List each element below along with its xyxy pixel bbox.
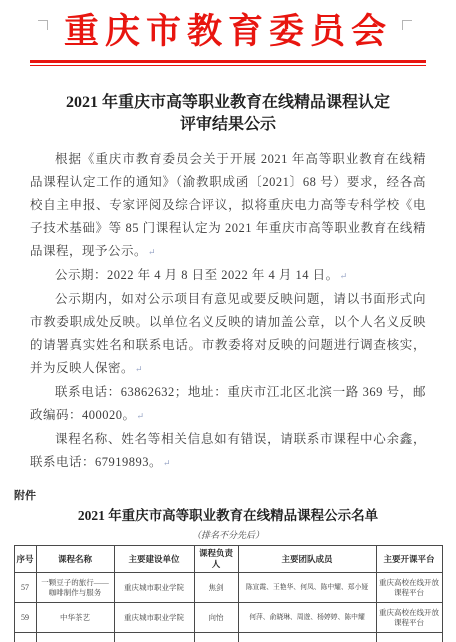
document-title: 2021 年重庆市高等职业教育在线精品课程认定 评审结果公示 xyxy=(40,92,416,136)
body-paragraph-text: 公示期：2022 年 4 月 8 日至 2022 年 4 月 14 日。 xyxy=(55,268,339,282)
table-cell-platform: 重庆高校在线开放课程平台 xyxy=(376,603,442,633)
table-header-row: 序号课程名称主要建设单位课程负责人主要团队成员主要开课平台 xyxy=(14,546,442,573)
body-paragraph: 课程名称、姓名等相关信息如有错误，请联系市课程中心余鑫，联系电话：6791989… xyxy=(30,428,426,475)
text-boundary-mark-right xyxy=(402,20,412,30)
red-divider-thin-line xyxy=(30,65,426,66)
table-header-cell: 课程名称 xyxy=(36,546,114,573)
table-row: 59中华茶艺重庆城市职业学院向怡何萍、俞晓琳、周遊、杨婷婷、陈中耀重庆高校在线开… xyxy=(14,603,442,633)
table-cell-seq: 59 xyxy=(14,603,36,633)
body-paragraph-text: 公示期内，如对公示项目有意见或要反映问题，请以书面形式向市教委职成处反映。以单位… xyxy=(30,292,426,375)
document-title-line2: 评审结果公示 xyxy=(180,116,276,133)
table-header-cell: 主要团队成员 xyxy=(238,546,376,573)
table-cell-seq: 57 xyxy=(14,573,36,603)
table-cell-platform: 重庆高校在线开放课程平台 xyxy=(376,573,442,603)
table-header-cell: 主要开课平台 xyxy=(376,546,442,573)
org-header-title: 重庆市教育委员会 xyxy=(20,8,436,56)
paragraph-mark-icon: ↵ xyxy=(340,271,348,281)
table-cell-leader: 向怡 xyxy=(194,603,238,633)
body-paragraph: 联系电话：63862632；地址：重庆市江北区北滨一路 369 号，邮政编码：4… xyxy=(30,381,426,428)
paragraph-mark-icon: ↵ xyxy=(148,247,156,257)
course-list-subtitle: （排名不分先后） xyxy=(0,528,456,541)
course-table: 序号课程名称主要建设单位课程负责人主要团队成员主要开课平台 57一颗豆子的旅行—… xyxy=(14,545,443,642)
red-divider xyxy=(30,60,426,66)
document-title-line1: 2021 年重庆市高等职业教育在线精品课程认定 xyxy=(66,94,390,111)
table-cell-empty xyxy=(14,633,36,642)
table-header-cell: 主要建设单位 xyxy=(114,546,194,573)
red-divider-thick-line xyxy=(30,60,426,63)
table-cell-unit: 重庆城市职业学院 xyxy=(114,603,194,633)
table-cell-leader: 焦剑 xyxy=(194,573,238,603)
table-cell-empty xyxy=(238,633,376,642)
table-row-partial xyxy=(14,633,442,642)
paragraph-mark-icon: ↵ xyxy=(137,411,145,421)
table-cell-empty xyxy=(194,633,238,642)
body-paragraph-text: 课程名称、姓名等相关信息如有错误，请联系市课程中心余鑫，联系电话：6791989… xyxy=(30,432,426,469)
table-cell-unit: 重庆城市职业学院 xyxy=(114,573,194,603)
body-paragraph-text: 联系电话：63862632；地址：重庆市江北区北滨一路 369 号，邮政编码：4… xyxy=(30,385,426,422)
table-cell-empty xyxy=(114,633,194,642)
body-paragraph: 公示期：2022 年 4 月 8 日至 2022 年 4 月 14 日。↵ xyxy=(30,264,426,288)
attachment-label-text: 附件 xyxy=(14,490,36,502)
body-paragraph-text: 根据《重庆市教育委员会关于开展 2021 年高等职业教育在线精品课程认定工作的通… xyxy=(30,152,426,258)
paragraph-mark-icon: ↵ xyxy=(135,364,143,374)
course-list-title: 2021 年重庆市高等职业教育在线精品课程公示名单 xyxy=(14,507,442,525)
document-page: 重庆市教育委员会 2021 年重庆市高等职业教育在线精品课程认定 评审结果公示 … xyxy=(0,8,456,642)
table-cell-course: 一颗豆子的旅行——咖啡制作与服务 xyxy=(36,573,114,603)
table-header-cell: 课程负责人 xyxy=(194,546,238,573)
body-paragraphs: 根据《重庆市教育委员会关于开展 2021 年高等职业教育在线精品课程认定工作的通… xyxy=(30,148,426,475)
table-row: 57一颗豆子的旅行——咖啡制作与服务重庆城市职业学院焦剑陈宣霞、王艳华、何凤、陈… xyxy=(14,573,442,603)
table-header-cell: 序号 xyxy=(14,546,36,573)
attachment-label: 附件 xyxy=(14,487,456,503)
body-paragraph: 根据《重庆市教育委员会关于开展 2021 年高等职业教育在线精品课程认定工作的通… xyxy=(30,148,426,264)
paragraph-mark-icon: ↵ xyxy=(163,458,171,468)
body-paragraph: 公示期内，如对公示项目有意见或要反映问题，请以书面形式向市教委职成处反映。以单位… xyxy=(30,288,426,381)
table-cell-team: 何萍、俞晓琳、周遊、杨婷婷、陈中耀 xyxy=(238,603,376,633)
table-cell-team: 陈宣霞、王艳华、何凤、陈中耀、郑小娅 xyxy=(238,573,376,603)
table-cell-empty xyxy=(376,633,442,642)
text-boundary-mark-left xyxy=(38,20,48,30)
table-cell-empty xyxy=(36,633,114,642)
table-cell-course: 中华茶艺 xyxy=(36,603,114,633)
